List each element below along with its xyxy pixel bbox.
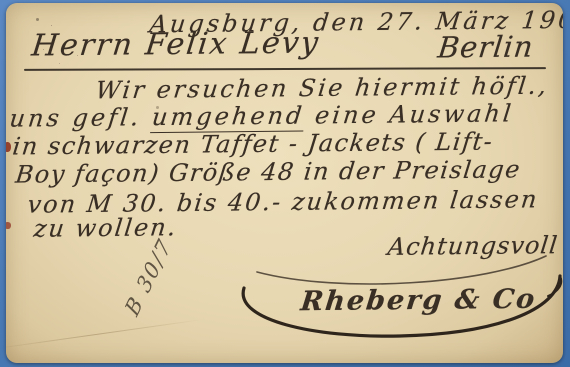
postcard: Augsburg, den 27. März 1907 Herrn Felix …	[6, 3, 563, 363]
signature: Rheberg & Co	[299, 284, 538, 317]
paper-crease	[6, 319, 205, 351]
red-stain-spot	[6, 142, 11, 152]
postmark-speckles	[36, 18, 39, 21]
addressee-name: Herrn Felix Levy	[30, 25, 322, 63]
closing-salutation: Achtungsvoll	[386, 231, 559, 261]
pencil-annotation: B 30/7	[121, 234, 177, 321]
address-divider-line	[24, 67, 546, 71]
body-line-4: Boy façon) Größe 48 in der Preislage	[14, 155, 523, 188]
body-line-2-pre: uns gefl.	[8, 103, 154, 132]
red-stain-spot	[6, 222, 11, 229]
underlined-word: umgehend	[150, 102, 306, 134]
destination-city: Berlin	[436, 30, 536, 65]
photo-background: Augsburg, den 27. März 1907 Herrn Felix …	[0, 0, 570, 367]
body-line-2-post: eine Auswahl	[303, 99, 515, 129]
